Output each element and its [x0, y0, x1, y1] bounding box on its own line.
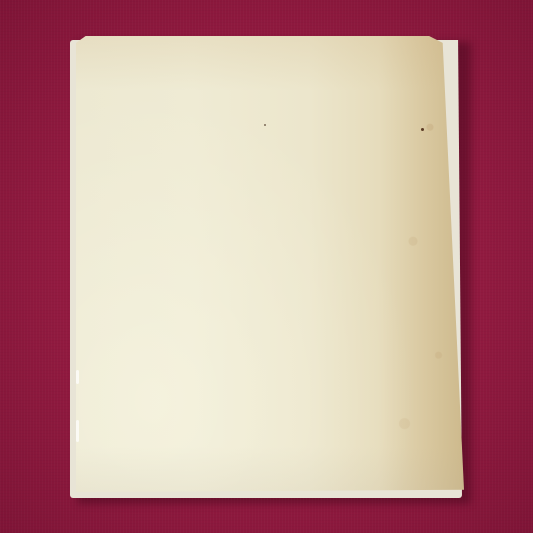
photo-scene: [0, 0, 533, 533]
cover-speck: [264, 124, 266, 126]
spine-edge-flaw: [76, 370, 79, 384]
cover-speck: [421, 128, 424, 131]
spine-edge-flaw: [76, 420, 79, 442]
booklet-back-cover: [76, 36, 464, 492]
